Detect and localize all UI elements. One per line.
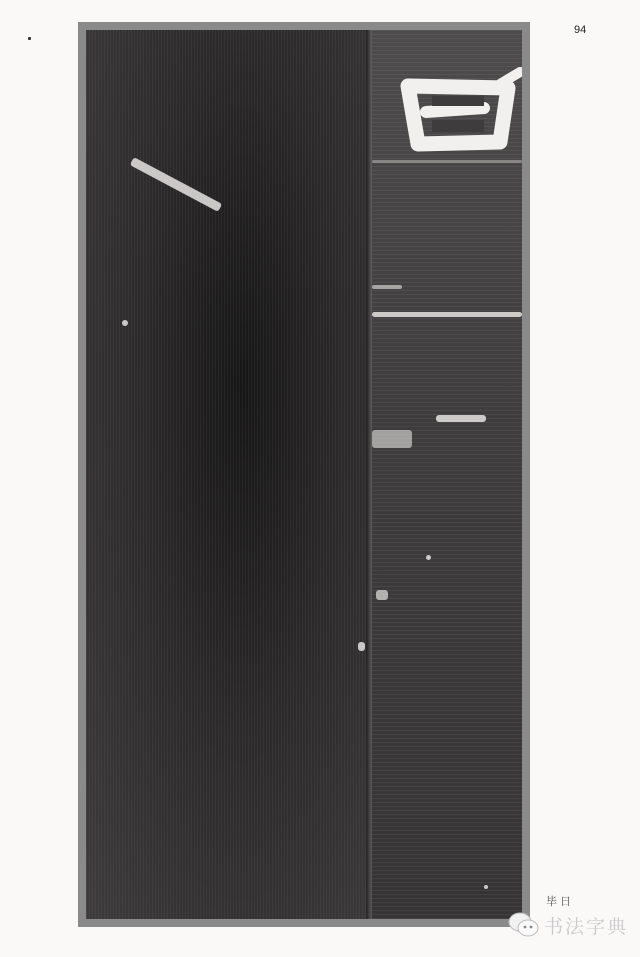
watermark-text: 书法字典 bbox=[544, 912, 628, 939]
wechat-icon bbox=[508, 912, 540, 938]
stone-crack bbox=[436, 415, 486, 422]
stone-crack bbox=[426, 555, 431, 560]
watermark: 书法字典 bbox=[508, 910, 628, 940]
paper-speck bbox=[28, 37, 31, 40]
page-number: 94 bbox=[574, 24, 586, 36]
stone-crack bbox=[484, 885, 488, 889]
character-caption: 毕日 bbox=[546, 893, 574, 909]
stone-crack bbox=[376, 590, 388, 600]
rubbing-left-panel bbox=[86, 30, 370, 919]
rubbing-image bbox=[86, 30, 522, 919]
carved-character-glyph bbox=[392, 44, 522, 164]
stone-crack bbox=[358, 642, 365, 651]
stone-crack bbox=[372, 312, 522, 317]
stone-crack bbox=[122, 320, 128, 326]
panel-seam bbox=[366, 30, 372, 919]
stone-crack bbox=[372, 285, 402, 289]
stone-crack bbox=[372, 430, 412, 448]
